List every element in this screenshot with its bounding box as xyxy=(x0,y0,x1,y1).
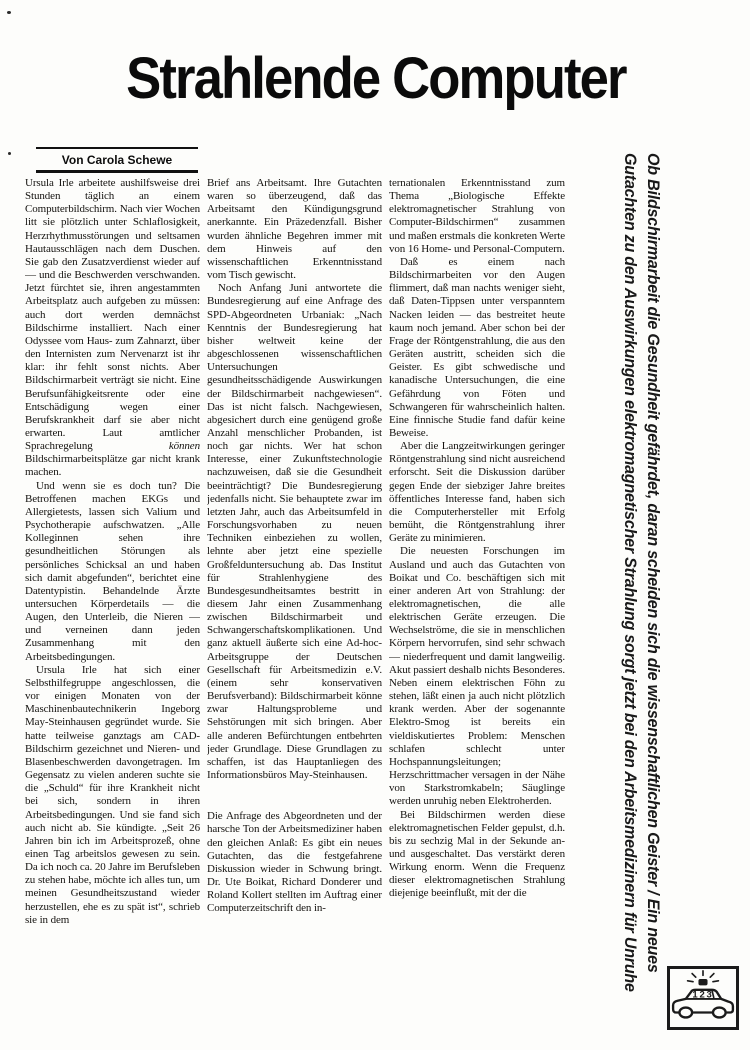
body-paragraph: Ursula Irle arbeitete aushilfsweise drei… xyxy=(25,177,200,480)
byline: Von Carola Schewe xyxy=(36,147,198,173)
emphasized-word: können xyxy=(169,440,200,452)
scan-speck xyxy=(7,11,11,14)
body-paragraph: Noch Anfang Juni antwortete die Bundesre… xyxy=(207,282,382,782)
body-paragraph: Ursula Irle hat sich einer Selbsthilfegr… xyxy=(25,664,200,927)
column-2: Brief ans Arbeitsamt. Ihre Gutachten war… xyxy=(207,177,382,1023)
column-1: Ursula Irle arbeitete aushilfsweise drei… xyxy=(25,177,200,1023)
standfirst-line-2: Gutachten zu den Auswirkungen elektromag… xyxy=(618,153,641,978)
police-car-stamp: 123 xyxy=(667,966,739,1030)
vertical-standfirst: Ob Bildschirmarbeit die Gesundheit gefäh… xyxy=(618,153,664,1003)
scan-speck xyxy=(8,152,11,155)
column-3: ternationalen Erkenntnisstand zum Thema … xyxy=(389,177,565,1023)
body-paragraph: Die Anfrage des Abgeordneten und der har… xyxy=(207,810,382,915)
stamp-plate-number: 123 xyxy=(692,990,713,1001)
body-paragraph: ternationalen Erkenntnisstand zum Thema … xyxy=(389,177,565,256)
article-title: Strahlende Computer xyxy=(42,44,709,112)
body-paragraph: Und wenn sie es doch tun? Die Betroffene… xyxy=(25,480,200,664)
paragraph-text: Bildschirmarbeitsplätze gar nicht krank … xyxy=(25,453,200,478)
body-paragraph: Aber die Langzeitwirkungen geringer Rönt… xyxy=(389,440,565,545)
body-paragraph: Bei Bildschirmen werden diese elektromag… xyxy=(389,809,565,901)
paragraph-text: Ursula Irle arbeitete aushilfsweise drei… xyxy=(25,177,200,452)
body-paragraph: Die neuesten Forschungen im Ausland und … xyxy=(389,545,565,808)
body-paragraph: Daß es einem nach Bildschirmarbeiten vor… xyxy=(389,256,565,440)
standfirst-line-1: Ob Bildschirmarbeit die Gesundheit gefäh… xyxy=(641,153,664,978)
police-car-icon: 123 xyxy=(670,969,736,1027)
body-paragraph: Brief ans Arbeitsamt. Ihre Gutachten war… xyxy=(207,177,382,282)
article-body: Ursula Irle arbeitete aushilfsweise drei… xyxy=(25,177,565,1023)
